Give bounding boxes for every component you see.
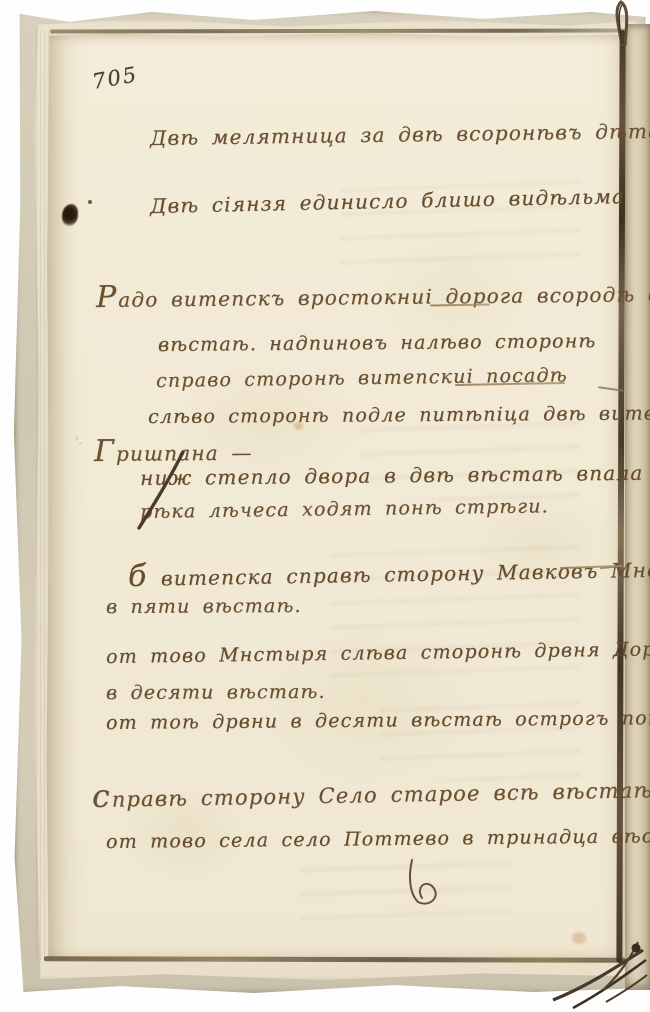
manuscript-line: вѣстаѣ. надпиновъ налѣво сторонѣ [158,332,597,355]
manuscript-scan: { "page": { "number": "705", "paper_colo… [0,0,650,1012]
manuscript-line: в пяти вѣстаѣ. [106,597,302,617]
stain-spot [572,932,586,944]
manuscript-line: слѣво сторонѣ подле питѣпіца двѣ витепск… [148,403,650,427]
manuscript-line: в десяти вѣстаѣ. [106,683,326,703]
manuscript-line: от тоѣ дрвни в десяти вѣстаѣ острогъ пот… [106,709,650,733]
ink-speck [88,200,92,204]
flourish-stroke-icon [135,448,190,533]
manuscript-line: Двѣ мелятница за двѣ всоронѣвъ дѣтаѣ. [150,120,650,148]
flourish-stroke-icon [398,858,450,910]
bleedthrough-smudge [360,420,580,500]
binding-threads-bottom-icon [548,930,650,1012]
binding-thread-top-icon [592,0,650,50]
manuscript-line: ниж степло двора в двѣ вѣстаѣ впала врѣк… [140,461,650,488]
